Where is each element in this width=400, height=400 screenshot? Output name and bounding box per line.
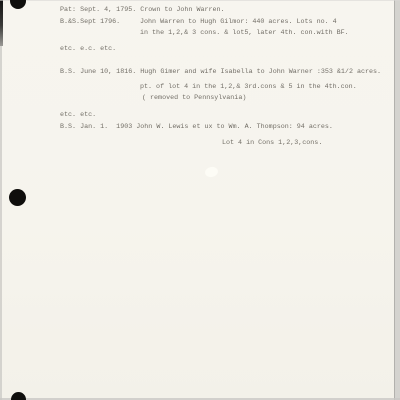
record-line: John Warren to Hugh Gilmor: 440 acres. L… bbox=[140, 18, 337, 26]
document-page: Pat: Sept. 4, 1795. Crown to John Warren… bbox=[0, 0, 395, 400]
record-line: B.&S.Sept 1796. bbox=[60, 18, 120, 26]
page-edge-shadow bbox=[0, 0, 3, 46]
correction-fluid-spot bbox=[204, 166, 219, 178]
record-line: ( removed to Pennsylvania) bbox=[142, 94, 246, 102]
record-line: pt. of lot 4 in the 1,2,& 3rd.cons & 5 i… bbox=[140, 83, 357, 91]
punch-hole-bottom bbox=[11, 392, 26, 400]
record-line: etc. e.c. etc. bbox=[60, 45, 116, 53]
page-edge-top bbox=[0, 0, 400, 1]
record-line: etc. etc. bbox=[60, 111, 96, 119]
record-line: B.S. June 10, 1816. Hugh Gimer and wife … bbox=[60, 68, 381, 76]
punch-hole-middle bbox=[9, 189, 26, 206]
record-line: B.S. Jan. 1. 1903 John W. Lewis et ux to… bbox=[60, 123, 333, 131]
record-line: Pat: Sept. 4, 1795. Crown to John Warren… bbox=[60, 6, 225, 14]
record-line: Lot 4 in Cons 1,2,3,cons. bbox=[222, 139, 322, 147]
page-edge-left bbox=[0, 46, 2, 400]
background-strip-right bbox=[394, 0, 400, 400]
record-line: in the 1,2,& 3 cons. & lot5, later 4th. … bbox=[140, 29, 349, 37]
scanned-page-photo: Pat: Sept. 4, 1795. Crown to John Warren… bbox=[0, 0, 400, 400]
